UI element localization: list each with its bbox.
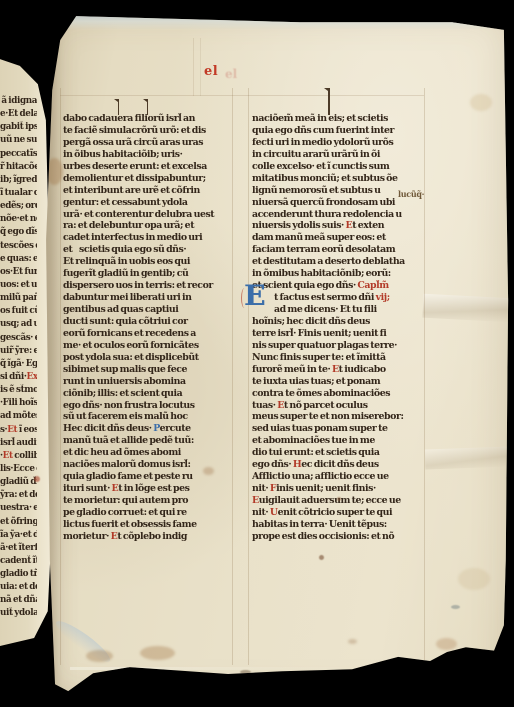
text-line: prope est dies occisionis: et nõ: [252, 531, 427, 543]
body-text: uia: et deso: [0, 582, 37, 592]
text-line: hoĩnis; hec dicit dñs deus: [252, 316, 427, 328]
body-text: niuersã quercũ frondosam ubi: [252, 197, 395, 208]
text-line: uia: et deso: [0, 581, 37, 594]
text-line: te morietur: qui autem pro: [63, 495, 234, 507]
text-line: meus super te et non miserebor:: [252, 411, 427, 423]
text-line: et destitutam a deserto deblatha: [252, 256, 427, 268]
text-line: ib; ĩgredi: [0, 174, 37, 187]
body-text: ituri sunt·: [63, 483, 112, 494]
text-line: tescões ego: [0, 240, 37, 253]
body-text: niuersis ydolis suis·: [252, 220, 346, 231]
body-text: Nunc finis super te: et ĩmittã: [252, 352, 386, 363]
body-text: t iudicabo: [339, 364, 386, 375]
text-line: in circuitu ararũ urãrũ in õi: [252, 149, 427, 161]
text-line: milũ pañis: [0, 292, 37, 305]
page-bottom-edge-highlight: [70, 667, 370, 670]
text-line: dam manũ meã super eos: et: [252, 232, 427, 244]
text-line: Hec dicit dñs deus· Percute: [63, 423, 234, 435]
body-text: habitas in terra· Uenit tẽpus:: [252, 519, 387, 530]
text-line: dabo cadauera filiorũ isrl̃ an: [63, 113, 234, 125]
body-text: ã·et ĩterfti: [0, 543, 37, 553]
stain: [436, 638, 457, 650]
text-line: fugerĩt gladiũ in gentib; cũ: [63, 268, 234, 280]
body-text: pergã ossa urã circũ aras uras: [63, 137, 203, 148]
body-text: dispersero uos in terris: et recor: [63, 280, 213, 291]
body-text: si dñi·: [0, 372, 27, 382]
text-line: et abominaciões tue in me: [252, 435, 427, 447]
text-line: et scient quia ego dñs· Capl̃m̃: [252, 280, 427, 292]
text-line: colle excelso· et ĩ cunctis sum: [252, 161, 427, 173]
text-line: runt in uniuersis abomina: [63, 376, 234, 388]
rubric-text: E: [252, 495, 259, 506]
body-text: ec dicit dñs deus: [301, 459, 378, 470]
text-line: tuas· Et nõ parcet oculus: [252, 400, 427, 412]
body-text: naciõem̃ meã in eis; et scietis: [252, 113, 388, 124]
text-line: faciam terram eorũ desolatam: [252, 244, 427, 256]
marginal-gloss: lucũq̃·: [398, 189, 424, 199]
text-line: usq; ad uos: [0, 318, 37, 331]
body-text: et destitutam a deserto deblatha: [252, 256, 405, 267]
body-text: dam manũ meã super eos: et: [252, 232, 386, 243]
grey-mark: [451, 605, 460, 609]
stain: [86, 650, 113, 662]
text-line: ad me dicens· Et tu fili: [252, 304, 427, 316]
text-line: contra te õmes abominaciões: [252, 388, 427, 400]
facing-page-text-column: ã idignae·Et delagabit̃ ipsauũ ne suc:…: [0, 95, 37, 622]
body-text: Hec dicit dñs deus·: [63, 423, 153, 434]
text-line: te iuxta uias tuas; et ponam: [252, 376, 427, 388]
body-text: cadent̃ ĩt̃ uos: [0, 556, 37, 566]
body-text: tescões ego: [0, 241, 37, 251]
text-line: ·Fili hoĩs: [0, 397, 37, 410]
text-line: peccatĩs·Et: [0, 148, 37, 161]
text-line: gladiũ d̃i: [0, 476, 37, 489]
text-line: nõe·et nõ n: [0, 213, 37, 226]
body-text: te iuxta uias tuas; et ponam: [252, 376, 380, 387]
body-text: hoĩnis; hec dicit dñs deus: [252, 316, 370, 327]
ink-spot: [337, 497, 341, 501]
text-line: nã et dñabit̃: [0, 594, 37, 607]
body-text: e quas: erit: [0, 254, 37, 264]
text-line: e quas: erit: [0, 253, 37, 266]
body-text: gabit̃ ipsa: [0, 122, 37, 132]
text-line: in õibus habitaciõib; uris·: [63, 149, 234, 161]
body-text: uos: et uius: [0, 280, 37, 290]
body-text: q̃ ego dĩs ĩ: [0, 227, 37, 237]
text-line: ducti sunt: quia cõtriui cor: [63, 316, 234, 328]
body-text: gescãs· et: [0, 333, 37, 343]
text-line: ciõnib; illis: et scient quia: [63, 388, 234, 400]
text-line: Afflictio una; afflictio ecce ue: [252, 471, 427, 483]
body-text: e·Et dela: [0, 109, 37, 119]
text-line: in õmibus habitaciõnib; eorũ:: [252, 268, 427, 280]
rubric-text: Et: [3, 451, 13, 461]
body-text: dabuntur mei liberati uri in: [63, 292, 191, 303]
ruling-line-horizontal: [60, 95, 424, 96]
rubric-text: vij;: [376, 292, 390, 303]
body-text: urã· et conterentur delubra uest: [63, 209, 214, 220]
text-line: ego dñs· Hec dicit dñs deus: [252, 459, 427, 471]
body-text: sibimet sup malis que fece: [63, 364, 187, 375]
text-line: uir̃ ỹre: et: [0, 345, 37, 358]
text-line: et scietis quia ego sũ dñs·: [63, 244, 234, 256]
body-text: nit·: [252, 483, 270, 494]
body-text: uir̃ ỹre: et: [0, 346, 37, 356]
text-line: eorũ fornicans et recedens a: [63, 328, 234, 340]
text-line: et õfringent̃: [0, 516, 37, 529]
body-text: quia gladio fame et peste ru: [63, 471, 193, 482]
initial-penwork-flourish: [241, 288, 248, 308]
text-line: Et relinquã in uobis eos qui: [63, 256, 234, 268]
text-line: naciõem̃ meã in eis; et scietis: [252, 113, 427, 125]
text-line: nit· Finis uenit; uenit finis·: [252, 483, 427, 495]
body-text: urbes deserte erunt: et excelsa: [63, 161, 207, 172]
rubric-text: E: [332, 364, 339, 375]
stain: [348, 639, 357, 644]
body-text: ad mõtes: [0, 411, 37, 421]
body-text: fecti uri in medio ydolorũ urõs: [252, 137, 393, 148]
body-text: os fuit cũ: [0, 306, 37, 316]
text-line: ĩa ỹa·et da: [0, 529, 37, 542]
text-line: e·Et dela: [0, 108, 37, 121]
text-line: sũ ut facerem eis malũ hoc: [63, 411, 234, 423]
body-text: sũ ut facerem eis malũ hoc: [63, 411, 188, 422]
text-line: urã· et conterentur delubra uest: [63, 209, 234, 221]
running-header: el: [204, 64, 218, 79]
body-text: ego dñs· non frustra locutus: [63, 400, 195, 411]
body-text: pe gladio corruet: et qui re: [63, 507, 187, 518]
text-line: sibimet sup malis que fece: [63, 364, 234, 376]
body-text: terre isrl̃· Finis uenit; uenit fi: [252, 328, 386, 339]
body-text: peccatĩs·Et: [0, 149, 37, 159]
stain: [470, 94, 492, 111]
text-line: q̃ ĩgã· Ego: [0, 358, 37, 371]
dark-spot: [240, 670, 251, 674]
text-line: edẽs; ordĩa: [0, 200, 37, 213]
body-text: te faciẽ simulacrõrũ urõ: et dis: [63, 125, 206, 136]
text-line: ad mõtes: [0, 410, 37, 423]
text-line: nit· Uenit cõtricio super te qui: [252, 507, 427, 519]
body-text: is ẽ st̃mo dñi: [0, 385, 37, 395]
rubric-text: Expl̃: [27, 372, 37, 382]
text-line: gentibus ad quas captiui: [63, 304, 234, 316]
text-line: os·Et furor: [0, 266, 37, 279]
body-text: et abominaciões tue in me: [252, 435, 375, 446]
text-line: nis super quatuor plagas terre·: [252, 340, 427, 352]
body-text: naciões malorũ domus isrl̃:: [63, 459, 191, 470]
body-text: demolientur et dissipabuntur;: [63, 173, 206, 184]
text-line: dio tui erunt: et scietis quia: [252, 447, 427, 459]
text-line: pergã ossa urã circũ aras uras: [63, 137, 234, 149]
text-line: ỹra: et dest̃u: [0, 489, 37, 502]
body-text: ·Fili hoĩs: [0, 398, 37, 408]
text-line: urbes deserte erunt: et excelsa: [63, 161, 234, 173]
text-line: t factus est sermo dñi vij;: [252, 292, 427, 304]
body-text: ã idigna: [1, 96, 37, 106]
body-text: te morietur: qui autem pro: [63, 495, 188, 506]
text-line: ĩ tualar cõ: [0, 187, 37, 200]
body-text: Et relinquã in uobis eos qui: [63, 256, 190, 267]
body-text: Afflictio una; afflictio ecce ue: [252, 471, 389, 482]
body-text: uũ ne suc:iã: [0, 135, 37, 145]
text-line: sed uias tuas ponam super te: [252, 423, 427, 435]
body-text: gentibus ad quas captiui: [63, 304, 178, 315]
text-line: si dñi·Expl̃: [0, 371, 37, 384]
text-line: uos: et uius: [0, 279, 37, 292]
body-text: enit cõtricio super te qui: [278, 507, 393, 518]
body-text: ciõnib; illis: et scient quia: [63, 388, 182, 399]
text-line: ã idigna: [0, 95, 37, 108]
ruling-line-header: [193, 38, 194, 96]
body-text: collib; ru: [13, 451, 37, 461]
body-text: meus super te et non miserebor:: [252, 411, 403, 422]
body-text: et interibunt are urẽ et cõfrin: [63, 185, 200, 196]
rubric-text: Et: [7, 425, 17, 435]
text-line: q̃ ego dĩs ĩ: [0, 226, 37, 239]
body-text: furorẽ meũ in te·: [252, 364, 332, 375]
body-text: runt in uniuersis abomina: [63, 376, 186, 387]
text-line: niuersis ydolis suis· Et exten: [252, 220, 427, 232]
body-text: nis super quatuor plagas terre·: [252, 340, 397, 351]
body-text: post ydola sua: et displicebũt: [63, 352, 199, 363]
text-line: uit̃ ydolanã: [0, 607, 37, 620]
text-line: cadet interfectus in medio uri: [63, 232, 234, 244]
body-text: et scient quia ego dñs·: [252, 280, 357, 291]
body-text: me· et oculos eorũ fornicãtes: [63, 340, 199, 351]
body-text: ego dñs·: [252, 459, 293, 470]
body-text: ĩa ỹa·et da: [0, 530, 37, 540]
body-text: faciam terram eorũ desolatam: [252, 244, 395, 255]
body-text: inis uenit; uenit finis·: [276, 483, 376, 494]
body-text: t factus est sermo dñi: [274, 292, 376, 303]
body-text: nõe·et nõ n: [0, 214, 37, 224]
body-text: os·Et furor: [0, 267, 37, 277]
body-text: uestra· et: [0, 503, 37, 513]
rubric-text: U: [270, 507, 278, 518]
text-line: te faciẽ simulacrõrũ urõ: et dis: [63, 125, 234, 137]
text-column-left: dabo cadauera filiorũ isrl̃ ante faciẽ…: [63, 113, 234, 545]
body-text: t cõplebo indig: [117, 531, 187, 542]
text-line: ego dñs· non frustra locutus: [63, 400, 234, 412]
body-text: tuas·: [252, 400, 277, 411]
text-line: habitas in terra· Uenit tẽpus:: [252, 519, 427, 531]
body-text: usq; ad uos: [0, 319, 37, 329]
body-text: mitatibus monciũ; et subtus õe: [252, 173, 398, 184]
body-text: lis·Ecce ego: [0, 464, 37, 474]
body-text: uit̃ ydolanã: [0, 608, 37, 618]
text-line: gabit̃ ipsa: [0, 121, 37, 134]
body-text: uigilauit aduersum te; ecce ue: [259, 495, 401, 506]
body-text: accenderunt thura redolencia u: [252, 209, 402, 220]
text-line: cadent̃ ĩt̃ uos: [0, 555, 37, 568]
main-page: el el dabo cadauera filiorũ isrl̃ ante …: [40, 12, 510, 698]
text-line: Nunc finis super te: et ĩmittã: [252, 352, 427, 364]
page-top-edge: [58, 14, 490, 30]
body-text: eorũ fornicans et recedens a: [63, 328, 196, 339]
body-text: lictus fuerit et obsessis fame: [63, 519, 197, 530]
body-text: gladio tr̃ã: [0, 569, 37, 579]
text-line: manũ tuã et allide pedẽ tuũ:: [63, 435, 234, 447]
stain: [203, 467, 214, 475]
running-header-ghost: el: [225, 67, 237, 81]
text-line: dispersero uos in terris: et recor: [63, 280, 234, 292]
text-line: terre isrl̃· Finis uenit; uenit fi: [252, 328, 427, 340]
body-text: et scietis quia ego sũ dñs·: [63, 244, 186, 255]
text-line: isrl̃ audite: [0, 437, 37, 450]
rubric-text: Capl̃m̃: [357, 280, 388, 291]
body-text: isrl̃ audite: [0, 438, 37, 448]
text-line: ituri sunt· Et in lõge est pes: [63, 483, 234, 495]
body-text: dio tui erunt: et scietis quia: [252, 447, 379, 458]
text-line: ·Et collib; ru: [0, 450, 37, 463]
text-line: accenderunt thura redolencia u: [252, 209, 427, 221]
stain: [140, 646, 175, 660]
text-line: morietur· Et cõplebo indig: [63, 531, 234, 543]
text-line: uestra· et: [0, 502, 37, 515]
text-line: me· et oculos eorũ fornicãtes: [63, 340, 234, 352]
body-text: morietur·: [63, 531, 111, 542]
text-line: is ẽ st̃mo dñi: [0, 384, 37, 397]
ruling-line-header: [200, 38, 201, 96]
body-text: nã et dñabit̃: [0, 595, 37, 605]
body-text: ĩ tualar cõ: [0, 188, 37, 198]
text-line: mitatibus monciũ; et subtus õe: [252, 173, 427, 185]
body-text: ercute: [160, 423, 191, 434]
body-text: ib; ĩgredi: [0, 175, 37, 185]
body-text: dabo cadauera filiorũ isrl̃ an: [63, 113, 195, 124]
text-line: demolientur et dissipabuntur;: [63, 173, 234, 185]
text-line: r̃ hitacõem̃: [0, 161, 37, 174]
body-text: t nõ parcet oculus: [284, 400, 368, 411]
body-text: sed uias tuas ponam super te: [252, 423, 387, 434]
text-line: s·Et ĩ eos: [0, 424, 37, 437]
ink-spot: [319, 555, 324, 560]
parchment-crease: [422, 294, 511, 323]
body-text: quia ego dñs cum fuerint inter: [252, 125, 394, 136]
rubric-text: E: [277, 400, 284, 411]
body-text: ỹra: et dest̃u: [0, 490, 37, 500]
body-text: milũ pañis: [0, 293, 37, 303]
body-text: ra: et delebuntur opa urã; et: [63, 220, 194, 231]
body-text: cadet interfectus in medio uri: [63, 232, 202, 243]
body-text: ducti sunt: quia cõtriui cor: [63, 316, 188, 327]
body-text: gentur: et cessabunt ydola: [63, 197, 188, 208]
body-text: in õmibus habitaciõnib; eorũ:: [252, 268, 391, 279]
stain: [458, 568, 490, 590]
body-text: colle excelso· et ĩ cunctis sum: [252, 161, 389, 172]
text-line: gescãs· et: [0, 332, 37, 345]
body-text: r̃ hitacõem̃: [0, 162, 37, 172]
body-text: manũ tuã et allide pedẽ tuũ:: [63, 435, 194, 446]
ruling-line-vertical: [248, 88, 249, 665]
body-text: gladiũ d̃i: [0, 477, 37, 487]
text-line: quia ego dñs cum fuerint inter: [252, 125, 427, 137]
body-text: edẽs; ordĩa: [0, 201, 37, 211]
body-text: in circuitu ararũ urãrũ in õi: [252, 149, 380, 160]
text-line: gladio tr̃ã: [0, 568, 37, 581]
text-line: fecti uri in medio ydolorũ urõs: [252, 137, 427, 149]
text-line: gentur: et cessabunt ydola: [63, 197, 234, 209]
stain: [46, 158, 63, 185]
body-text: fugerĩt gladiũ in gentib; cũ: [63, 268, 188, 279]
body-text: prope est dies occisionis: et nõ: [252, 531, 394, 542]
body-text: ad me dicens· Et tu fili: [274, 304, 377, 315]
body-text: in õibus habitaciõib; uris·: [63, 149, 182, 160]
body-text: ĩ eos: [17, 425, 37, 435]
body-text: q̃ ĩgã· Ego: [0, 359, 37, 369]
body-text: et õfringent̃: [0, 517, 37, 527]
body-text: t in lõge est pes: [118, 483, 189, 494]
text-line: furorẽ meũ in te· Et iudicabo: [252, 364, 427, 376]
body-text: contra te õmes abominaciões: [252, 388, 390, 399]
body-text: t exten: [352, 220, 384, 231]
body-text: lignũ nemorosũ et subtus u: [252, 185, 381, 196]
text-line: lictus fuerit et obsessis fame: [63, 519, 234, 531]
text-line: lis·Ecce ego: [0, 463, 37, 476]
text-line: pe gladio corruet: et qui re: [63, 507, 234, 519]
text-column-right: naciõem̃ meã in eis; et scietisquia eg…: [252, 113, 427, 545]
text-line: ra: et delebuntur opa urã; et: [63, 220, 234, 232]
ascender-mark: [328, 88, 330, 115]
text-line: os fuit cũ: [0, 305, 37, 318]
manuscript-photo: ã idignae·Et delagabit̃ ipsauũ ne suc:…: [0, 0, 514, 707]
text-line: et interibunt are urẽ et cõfrin: [63, 185, 234, 197]
text-line: post ydola sua: et displicebũt: [63, 352, 234, 364]
body-text: nit·: [252, 507, 270, 518]
red-ink-dot: [34, 476, 40, 482]
body-text: et dic heu ad õmes abomi: [63, 447, 181, 458]
text-line: uũ ne suc:iã: [0, 134, 37, 147]
parchment-crease: [425, 447, 512, 470]
text-line: et dic heu ad õmes abomi: [63, 447, 234, 459]
text-line: dabuntur mei liberati uri in: [63, 292, 234, 304]
text-line: ã·et ĩterfti: [0, 542, 37, 555]
